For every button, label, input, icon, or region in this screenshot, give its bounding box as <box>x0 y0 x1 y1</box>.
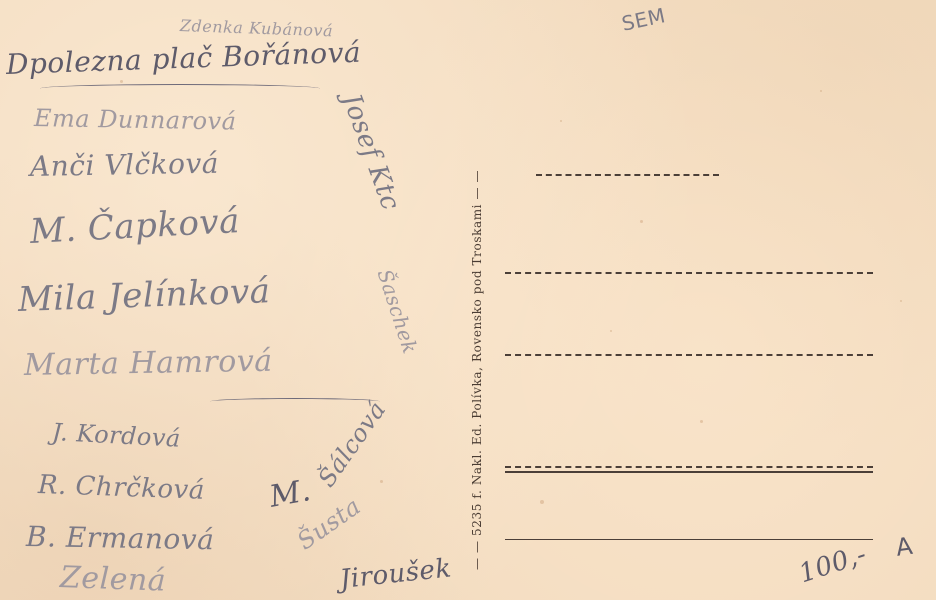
signature-text: Zelená <box>59 560 166 599</box>
paper-speck <box>120 80 123 83</box>
address-line <box>505 272 873 274</box>
signature-text: M. <box>267 473 314 515</box>
signature-text: Josef Ktc <box>336 90 406 215</box>
price-note: 100,- <box>795 539 870 589</box>
signature-text: Šaschek <box>373 266 423 357</box>
paper-speck <box>700 420 703 423</box>
signature-text: Anči Vlčková <box>30 147 220 183</box>
signature-text: Jiroušek <box>338 553 453 595</box>
paper-speck <box>820 90 822 92</box>
signature-text: B. Ermanová <box>26 520 215 556</box>
signature-text: Mila Jelínková <box>17 271 271 320</box>
signature-underline <box>40 84 320 93</box>
address-line <box>505 354 873 356</box>
signature-text: Marta Hamrová <box>24 344 273 383</box>
signature-underline <box>210 398 380 405</box>
signature-text: Ema Dunnarová <box>34 104 237 136</box>
address-line <box>505 471 873 473</box>
top-note: SEM <box>620 3 668 36</box>
paper-speck <box>540 500 544 504</box>
signature-text: Dpolezna plač Bořánová <box>5 36 361 81</box>
grade-mark: A <box>894 532 915 562</box>
address-line <box>505 539 873 540</box>
paper-speck <box>610 330 612 332</box>
signature-text: M. Čapková <box>29 201 241 252</box>
address-line <box>505 466 873 468</box>
paper-speck <box>640 220 643 223</box>
paper-speck <box>380 480 383 483</box>
signature-text: Šálcová <box>313 396 392 492</box>
signature-text: J. Kordová <box>51 418 181 453</box>
signature-text: R. Chrčková <box>37 470 205 506</box>
address-line <box>536 174 719 176</box>
paper-speck <box>560 120 562 122</box>
postcard-back: Zdenka Kubánová Dpolezna plač Bořánová E… <box>0 0 936 600</box>
publisher-imprint: — — 5235 f. Nakl. Ed. Polívka, Rovensko … <box>470 170 484 570</box>
paper-speck <box>900 300 902 302</box>
